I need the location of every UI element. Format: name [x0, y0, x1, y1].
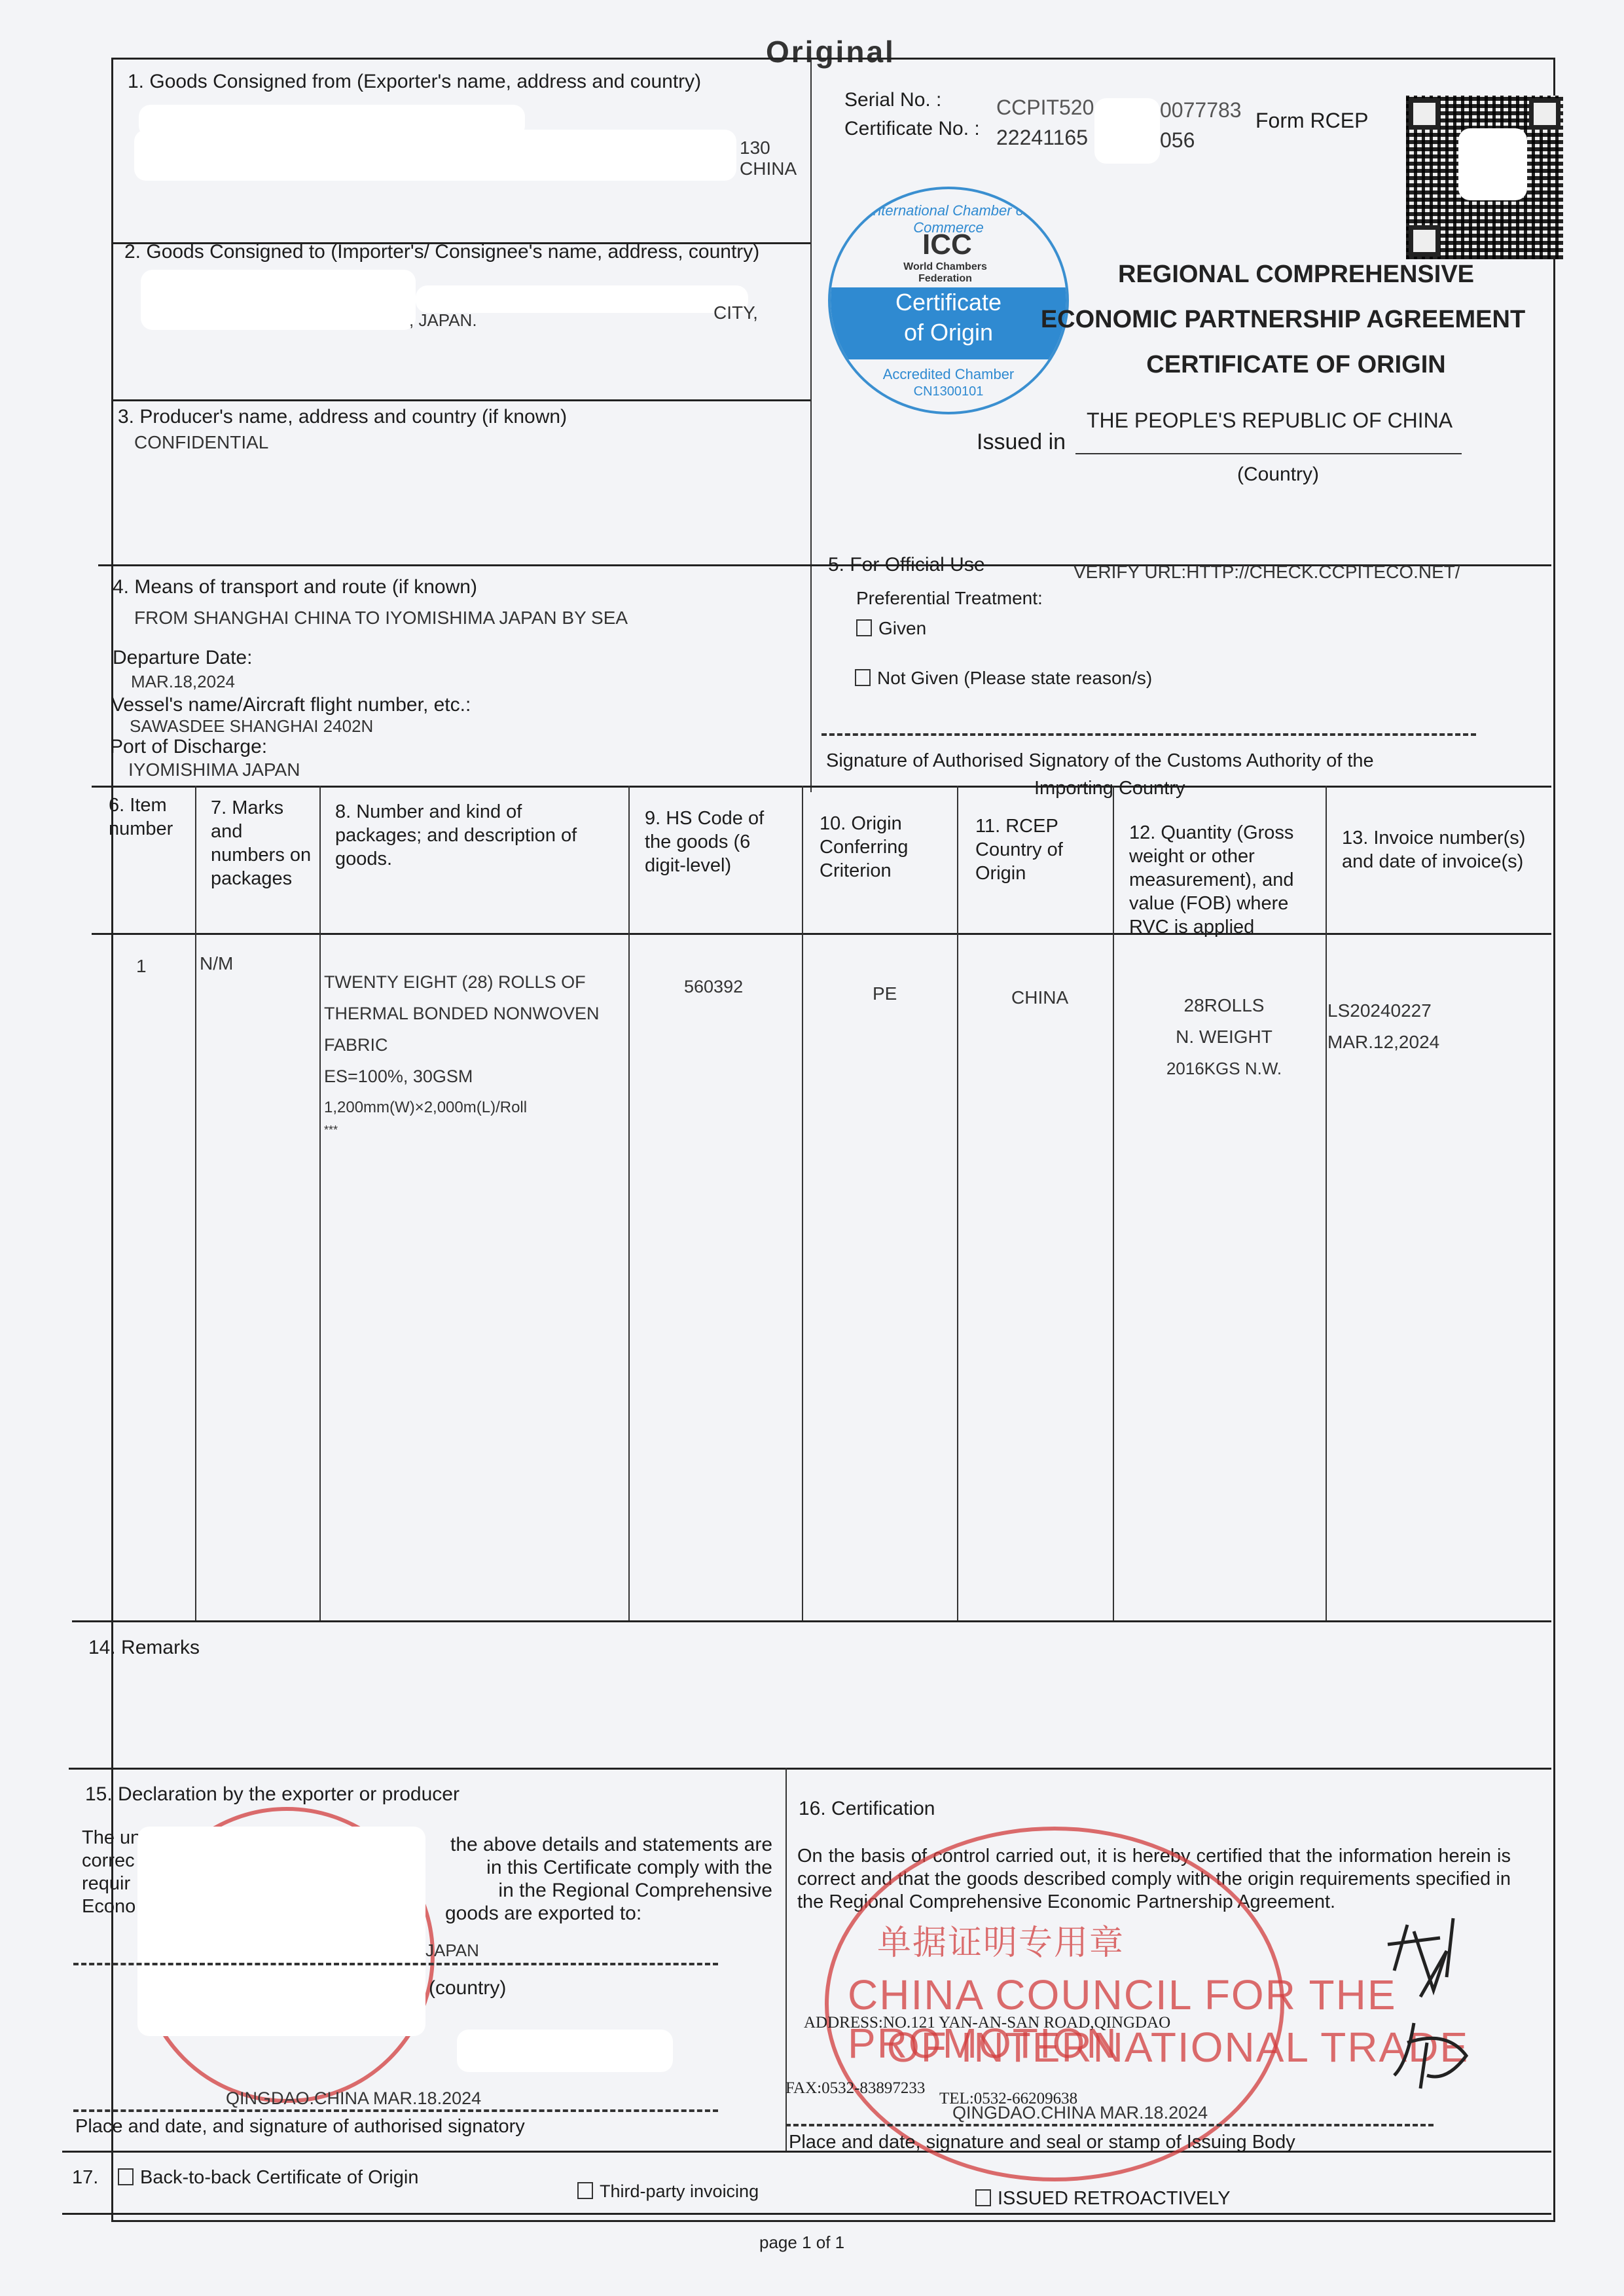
port-value: IYOMISHIMA JAPAN — [128, 759, 300, 780]
vessel-label: Vessel's name/Aircraft flight number, et… — [111, 694, 471, 716]
issued-in-value: THE PEOPLE'S REPUBLIC OF CHINA — [1087, 409, 1453, 433]
route-value: FROM SHANGHAI CHINA TO IYOMISHIMA JAPAN … — [134, 608, 628, 629]
box5-label: 5. For Official Use — [828, 554, 985, 576]
consignee-city: CITY, — [713, 302, 758, 323]
divider-box4-table — [92, 786, 1551, 788]
box2-label: 2. Goods Consigned to (Importer's/ Consi… — [124, 241, 759, 263]
box14-label: 14. Remarks — [88, 1637, 200, 1659]
issued-in-label: Issued in — [977, 429, 1066, 455]
box1-label: 1. Goods Consigned from (Exporter's name… — [128, 71, 701, 93]
cell-hs-code: 560392 — [684, 977, 743, 997]
col-header-country: 11. RCEP Country of Origin — [975, 814, 1106, 885]
seal-code: CN1300101 — [831, 384, 1066, 399]
divider-table-header — [92, 933, 1551, 935]
title-line1: REGIONAL COMPREHENSIVE — [1028, 261, 1564, 289]
retroactive-label: ISSUED RETROACTIVELY — [998, 2188, 1231, 2209]
col-header-quantity: 12. Quantity (Gross weight or other meas… — [1129, 821, 1319, 939]
issued-in-underline — [1075, 453, 1462, 454]
preferential-label: Preferential Treatment: — [856, 588, 1043, 609]
col-divider — [957, 786, 958, 1620]
issuing-signature-caption: Place and date, signature and seal or st… — [789, 2132, 1295, 2153]
col-header-criterion: 10. Origin Conferring Criterion — [820, 812, 950, 883]
fragment: requir — [82, 1872, 141, 1895]
divider-table-remarks — [72, 1620, 1551, 1622]
issuing-signature-line — [785, 2124, 1434, 2126]
serial-value-right: 0077783 — [1160, 98, 1242, 122]
issuing-address: ADDRESS:NO.121 YAN-AN-SAN ROAD,QINGDAO — [804, 2014, 1170, 2032]
back-to-back-option[interactable]: Back-to-back Certificate of Origin — [118, 2167, 418, 2189]
cell-description: TWENTY EIGHT (28) ROLLS OF THERMAL BONDE… — [324, 966, 600, 1137]
retroactive-option[interactable]: ISSUED RETROACTIVELY — [975, 2188, 1231, 2210]
redacted-exporter-signature-area — [137, 1827, 425, 2036]
issuing-fax: FAX:0532-83897233 — [785, 2079, 925, 2098]
exporter-country: CHINA — [740, 158, 797, 179]
divider-vertical-top — [810, 59, 812, 792]
col-header-item: 6. Item number — [109, 793, 190, 841]
cell-marks: N/M — [200, 953, 233, 974]
qr-finder-icon — [1529, 98, 1561, 130]
certificate-value-left: 22241165 — [996, 126, 1088, 150]
invoice-number: LS20240227 — [1327, 995, 1439, 1027]
consignee-country: , JAPAN. — [409, 310, 477, 331]
departure-label: Departure Date: — [113, 647, 252, 669]
icc-seal: International Chamber of Commerce ICC Wo… — [828, 187, 1069, 414]
seal-federation: World Chambers Federation — [883, 261, 1007, 285]
desc-line: *** — [324, 1123, 600, 1137]
port-label: Port of Discharge: — [110, 736, 267, 758]
vessel-value: SAWASDEE SHANGHAI 2402N — [130, 716, 373, 737]
desc-line: THERMAL BONDED NONWOVEN — [324, 998, 600, 1029]
desc-line: 1,200mm(W)×2,000m(L)/Roll — [324, 1092, 600, 1123]
cell-country: CHINA — [1011, 987, 1068, 1008]
box15-label: 15. Declaration by the exporter or produ… — [85, 1783, 460, 1806]
cell-criterion: PE — [873, 983, 897, 1004]
redacted-qr-center — [1458, 128, 1527, 200]
checkbox-given[interactable] — [856, 619, 872, 636]
declaration-left-fragments: The un correc requir Econo — [82, 1827, 141, 1918]
col-divider — [1326, 786, 1327, 1620]
page-indicator: page 1 of 1 — [759, 2232, 844, 2253]
col-divider — [319, 786, 321, 1620]
not-given-label: Not Given (Please state reason/s) — [877, 668, 1152, 688]
redacted-exporter-address — [134, 130, 736, 181]
declaration-line: in this Certificate comply with the — [432, 1856, 772, 1879]
divider-bottom — [62, 2213, 1551, 2215]
col-divider — [628, 786, 630, 1620]
checkbox-not-given[interactable] — [855, 669, 871, 686]
redacted-exporter-signature — [457, 2030, 673, 2072]
departure-value: MAR.18,2024 — [131, 672, 235, 692]
verify-url[interactable]: VERIFY URL:HTTP://CHECK.CCPITECO.NET/ — [1074, 562, 1460, 583]
box16-label: 16. Certification — [799, 1798, 935, 1820]
col-divider — [1113, 786, 1114, 1620]
cell-quantity: 28ROLLS N. WEIGHT 2016KGS N.W. — [1126, 990, 1322, 1084]
invoice-date: MAR.12,2024 — [1327, 1027, 1439, 1058]
back-to-back-label: Back-to-back Certificate of Origin — [140, 2167, 418, 2188]
export-country-caption: (country) — [429, 1977, 506, 1999]
cell-item: 1 — [136, 956, 147, 977]
declaration-text: the above details and statements are in … — [432, 1833, 772, 1925]
given-option[interactable]: Given — [856, 618, 926, 639]
icc-logo: ICC — [922, 228, 972, 261]
col-header-description: 8. Number and kind of packages; and desc… — [335, 800, 610, 871]
serial-value-left: CCPIT520 — [996, 96, 1094, 120]
fragment: The un — [82, 1827, 141, 1850]
col-header-hs-code: 9. HS Code of the goods (6 digit-level) — [645, 807, 792, 877]
divider-remarks-declaration — [69, 1768, 1551, 1770]
redacted-consignee-address — [416, 285, 748, 313]
handwritten-signature-icon — [1368, 1912, 1499, 2095]
customs-signature-caption2: Importing Country — [1034, 778, 1185, 799]
cell-invoice: LS20240227 MAR.12,2024 — [1327, 995, 1439, 1058]
redacted-serial — [1094, 98, 1160, 164]
box3-label: 3. Producer's name, address and country … — [118, 406, 567, 428]
col-divider — [802, 786, 803, 1620]
qty-line: 2016KGS N.W. — [1126, 1053, 1322, 1084]
divider-box2-box3 — [111, 399, 810, 401]
fragment: Econo — [82, 1895, 141, 1918]
serial-label: Serial No. : — [844, 89, 941, 111]
col-header-marks: 7. Marks and numbers on packages — [211, 796, 319, 890]
fragment: correc — [82, 1850, 141, 1872]
box17-number: 17. — [72, 2167, 98, 2189]
declaration-line: in the Regional Comprehensive — [432, 1879, 772, 1902]
third-party-label: Third-party invoicing — [600, 2181, 759, 2201]
checkbox-retroactive[interactable] — [975, 2189, 991, 2206]
title-line2: ECONOMIC PARTNERSHIP AGREEMENT — [1001, 306, 1564, 334]
certificate-value-right: 056 — [1160, 128, 1195, 153]
qr-code-icon — [1406, 96, 1563, 259]
declaration-line: the above details and statements are — [432, 1833, 772, 1856]
declaration-line: goods are exported to: — [432, 1902, 772, 1925]
desc-line: ES=100%, 30GSM — [324, 1061, 600, 1092]
given-label: Given — [878, 618, 926, 638]
form-label: Form RCEP — [1255, 109, 1368, 133]
qr-finder-icon — [1409, 225, 1440, 257]
customs-signature-line — [821, 733, 1476, 736]
export-country-line — [73, 1963, 718, 1965]
export-country-fragment: JAPAN — [425, 1941, 479, 1961]
checkbox-back-to-back[interactable] — [118, 2168, 134, 2185]
certificate-label: Certificate No. : — [844, 118, 980, 140]
issuing-place-date: QINGDAO.CHINA MAR.18.2024 — [952, 2103, 1208, 2123]
title-line3: CERTIFICATE OF ORIGIN — [1028, 351, 1564, 379]
producer-value: CONFIDENTIAL — [134, 432, 268, 453]
exporter-fragment: 130 — [740, 137, 770, 158]
exporter-place-date: QINGDAO.CHINA MAR.18.2024 — [226, 2088, 481, 2109]
qty-line: N. WEIGHT — [1126, 1021, 1322, 1053]
qty-line: 28ROLLS — [1126, 990, 1322, 1021]
desc-line: FABRIC — [324, 1029, 600, 1061]
desc-line: TWENTY EIGHT (28) ROLLS OF — [324, 966, 600, 998]
not-given-option[interactable]: Not Given (Please state reason/s) — [855, 668, 1152, 689]
country-caption: (Country) — [1237, 464, 1319, 486]
box4-label: 4. Means of transport and route (if know… — [113, 576, 477, 598]
col-divider — [195, 786, 196, 1620]
col-header-invoice: 13. Invoice number(s) and date of invoic… — [1342, 826, 1538, 873]
customs-signature-caption: Signature of Authorised Signatory of the… — [826, 750, 1374, 772]
third-party-option[interactable]: Third-party invoicing — [577, 2181, 759, 2202]
checkbox-third-party[interactable] — [577, 2182, 593, 2199]
stamp-chinese-text: 单据证明专用章 — [877, 1915, 1125, 1964]
exporter-signature-line — [73, 2109, 718, 2112]
redacted-consignee-name — [141, 270, 416, 330]
qr-finder-icon — [1409, 98, 1440, 130]
exporter-signature-caption: Place and date, and signature of authori… — [75, 2116, 525, 2138]
